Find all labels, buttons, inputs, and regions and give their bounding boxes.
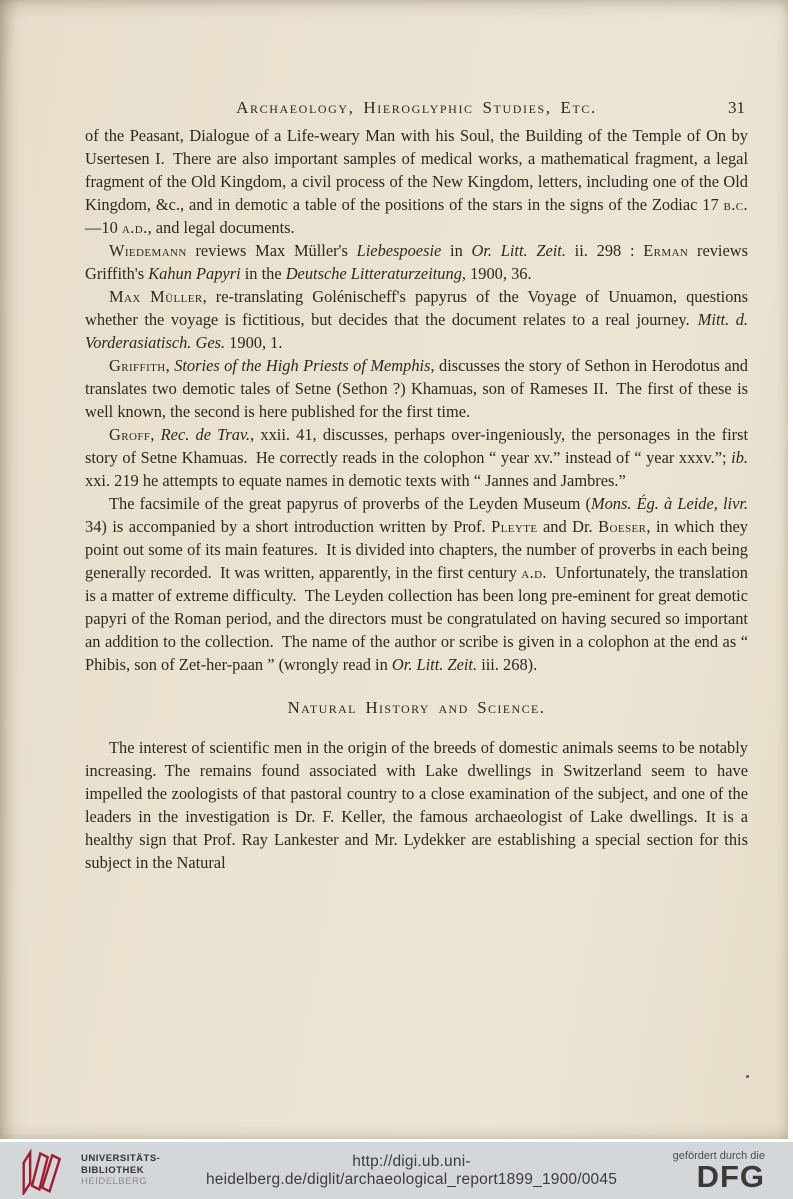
text-run: ib. — [731, 448, 748, 467]
text-run: Griffith — [109, 356, 166, 375]
text-run: a.d. — [521, 563, 547, 582]
paragraph: Groff, Rec. de Trav., xxii. 41, discusse… — [85, 423, 748, 492]
text-run: Mons. Ég. à Leide, livr. — [591, 494, 748, 513]
library-name-line3: HEIDELBERG — [81, 1176, 160, 1188]
paragraph: of the Peasant, Dialogue of a Life-weary… — [85, 124, 748, 239]
text-run: —10 — [85, 218, 122, 237]
paragraph: Griffith, Stories of the High Priests of… — [85, 354, 748, 423]
text-run: , and legal documents. — [148, 218, 295, 237]
paragraph: The interest of scientific men in the or… — [85, 736, 748, 874]
text-run: , — [166, 356, 175, 375]
text-run: of the Peasant, Dialogue of a Life-weary… — [85, 126, 748, 214]
text-run: , 1900, 36. — [462, 264, 532, 283]
page-number: 31 — [728, 98, 745, 118]
text-run: reviews Max Müller's — [187, 241, 357, 260]
text-run: The facsimile of the great papyrus of pr… — [109, 494, 591, 513]
text-run: Wiedemann — [109, 241, 187, 260]
text-run: and Dr. — [537, 517, 598, 536]
library-name-line1: UNIVERSITÄTS- — [81, 1153, 160, 1165]
dfg-block: gefördert durch die DFG — [673, 1150, 765, 1191]
text-run: Rec. de Trav. — [161, 425, 250, 444]
text-run: The interest of scientific men in the or… — [85, 738, 748, 872]
text-run: in — [441, 241, 471, 260]
text-run: Groff — [109, 425, 150, 444]
running-head-title: Archaeology, Hieroglyphic Studies, Etc. — [85, 98, 748, 118]
text-run: in the — [241, 264, 286, 283]
body-text: of the Peasant, Dialogue of a Life-weary… — [85, 124, 748, 874]
footer-bar: UNIVERSITÄTS- BIBLIOTHEK HEIDELBERG http… — [0, 1142, 793, 1199]
text-run: , — [150, 425, 160, 444]
text-run: xxi. 219 he attempts to equate names in … — [85, 471, 626, 490]
text-run: Or. Litt. Zeit. — [472, 241, 566, 260]
library-name: UNIVERSITÄTS- BIBLIOTHEK HEIDELBERG — [81, 1153, 160, 1188]
library-logo-block: UNIVERSITÄTS- BIBLIOTHEK HEIDELBERG — [16, 1147, 160, 1195]
text-run: a.d. — [122, 218, 148, 237]
scanned-page: Archaeology, Hieroglyphic Studies, Etc. … — [0, 0, 788, 1139]
section-heading: Natural History and Science. — [85, 696, 748, 719]
paragraph: The facsimile of the great papyrus of pr… — [85, 492, 748, 676]
text-run: Erman — [643, 241, 688, 260]
text-run: Max Müller — [109, 287, 203, 306]
text-run: Pleyte — [491, 517, 537, 536]
library-name-line2: BIBLIOTHEK — [81, 1165, 160, 1177]
running-head: Archaeology, Hieroglyphic Studies, Etc. … — [85, 98, 748, 120]
text-run: Stories of the High Priests of Memphis — [174, 356, 430, 375]
text-run: b.c. — [724, 195, 748, 214]
paragraph: Wiedemann reviews Max Müller's Liebespoe… — [85, 239, 748, 285]
text-run: 34) is accompanied by a short introducti… — [85, 517, 491, 536]
text-run: Boeser — [598, 517, 646, 536]
digitization-url: http://digi.ub.uni-heidelberg.de/diglit/… — [160, 1153, 672, 1189]
text-run: Or. Litt. Zeit. — [392, 655, 477, 674]
university-library-logo-icon — [16, 1147, 72, 1195]
scan-speck — [746, 1075, 749, 1078]
paragraph: Max Müller, re-translating Golénischeff'… — [85, 285, 748, 354]
text-run: Kahun Papyri — [148, 264, 240, 283]
text-run: iii. 268). — [477, 655, 537, 674]
text-run: ii. 298 : — [566, 241, 643, 260]
text-run: Liebespoesie — [357, 241, 442, 260]
text-run: 1900, 1. — [225, 333, 282, 352]
dfg-logo: DFG — [673, 1162, 765, 1191]
text-run: Deutsche Litteraturzeitung — [286, 264, 462, 283]
